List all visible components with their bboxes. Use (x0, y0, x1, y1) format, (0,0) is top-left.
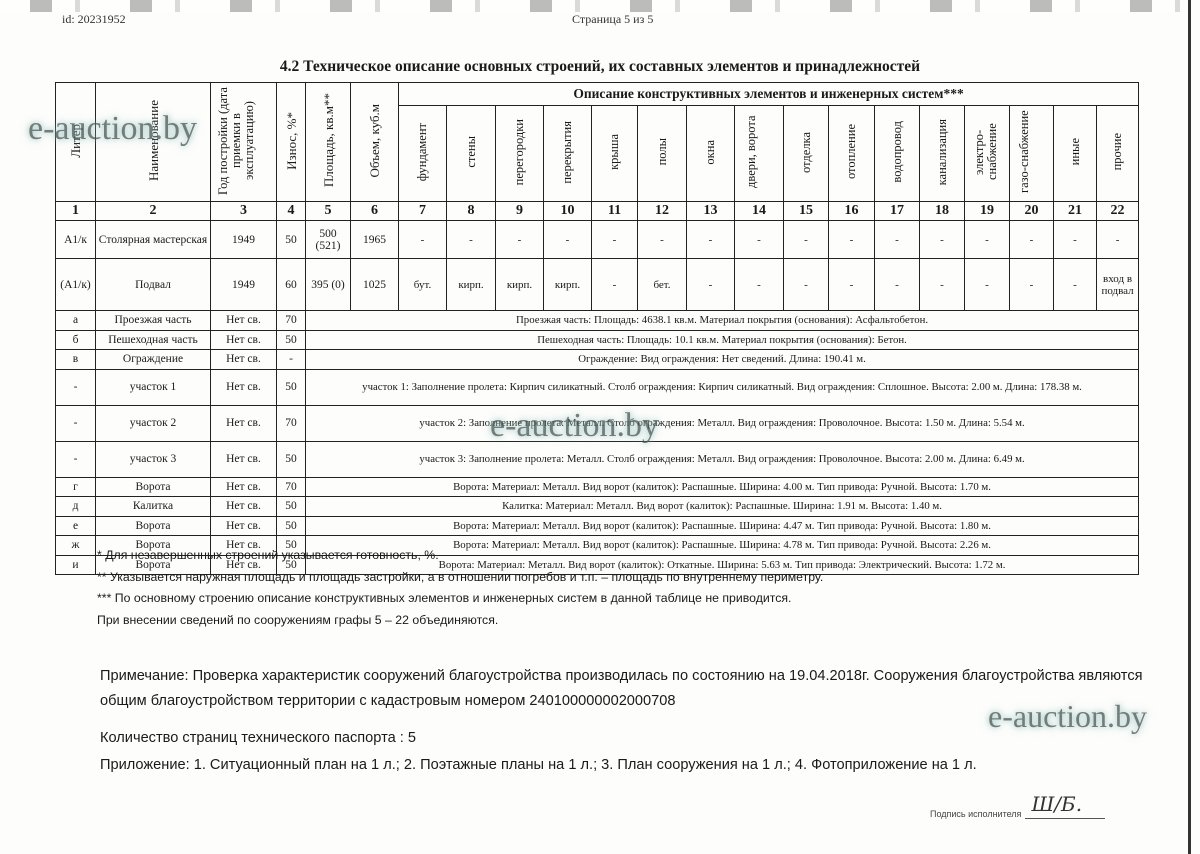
watermark: e-auction.by (490, 407, 659, 445)
cell-name: Пешеходная часть (96, 330, 211, 350)
cell-description: Ворота: Материал: Металл. Вид ворот (кал… (306, 516, 1139, 536)
cell-name: Калитка (96, 497, 211, 517)
cell-element: - (829, 221, 875, 259)
cell-description: участок 2: Заполнение пролета: Металл. С… (306, 405, 1139, 441)
signature-mark: Ш/Б. (1031, 792, 1082, 816)
header-element: полы (638, 106, 687, 202)
footnotes: * Для незавершенных строений указывается… (97, 545, 823, 631)
footnote: *** По основному строению описание конст… (97, 588, 823, 610)
cell-year: Нет св. (211, 516, 277, 536)
column-number: 4 (277, 202, 306, 221)
cell-element: кирп. (496, 259, 544, 311)
cell-volume: 1025 (351, 259, 399, 311)
cell-name: Ограждение (96, 350, 211, 370)
column-number: 14 (735, 202, 784, 221)
table-row: А1/кСтолярная мастерская194950500 (521)1… (56, 221, 1139, 259)
footnote: * Для незавершенных строений указывается… (97, 545, 823, 567)
cell-element: - (592, 221, 638, 259)
header-wear: Износ, %* (277, 83, 306, 202)
document-id: id: 20231952 (62, 12, 126, 27)
column-number: 2 (96, 202, 211, 221)
watermark: e-auction.by (28, 110, 197, 148)
cell-year: Нет св. (211, 311, 277, 331)
cell-element: - (784, 259, 829, 311)
table-row: -участок 1Нет св.50участок 1: Заполнение… (56, 369, 1139, 405)
header-element: перекрытия (544, 106, 592, 202)
cell-element: - (1010, 259, 1054, 311)
cell-name: Ворота (96, 477, 211, 497)
cell-description: участок 1: Заполнение пролета: Кирпич си… (306, 369, 1139, 405)
cell-liter: е (56, 516, 96, 536)
cell-element: - (1010, 221, 1054, 259)
column-number: 20 (1010, 202, 1054, 221)
cell-year: 1949 (211, 221, 277, 259)
cell-wear: 50 (277, 497, 306, 517)
scan-edge (1188, 0, 1191, 854)
header-elements-group: Описание конструктивных элементов и инже… (399, 83, 1139, 106)
header-element: отделка (784, 106, 829, 202)
cell-element: - (784, 221, 829, 259)
scan-artifact-strip (0, 0, 1180, 12)
cell-element: - (687, 221, 735, 259)
cell-description: Проезжая часть: Площадь: 4638.1 кв.м. Ма… (306, 311, 1139, 331)
cell-liter: - (56, 441, 96, 477)
page-label: Страница 5 из 5 (572, 12, 653, 27)
column-number: 7 (399, 202, 447, 221)
cell-year: Нет св. (211, 369, 277, 405)
cell-element: кирп. (544, 259, 592, 311)
cell-liter: б (56, 330, 96, 350)
cell-liter: (А1/к) (56, 259, 96, 311)
cell-element: - (638, 221, 687, 259)
table-row: еВоротаНет св.50Ворота: Материал: Металл… (56, 516, 1139, 536)
cell-wear: 70 (277, 405, 306, 441)
cell-liter: г (56, 477, 96, 497)
technical-description-table: Литер Наименование Год постройки (дата п… (55, 82, 1139, 575)
cell-name: участок 2 (96, 405, 211, 441)
column-number: 1 (56, 202, 96, 221)
header-year: Год постройки (дата приемки в эксплуатац… (211, 83, 277, 202)
table-row: дКалиткаНет св.50Калитка: Материал: Мета… (56, 497, 1139, 517)
header-element: крыша (592, 106, 638, 202)
cell-liter: А1/к (56, 221, 96, 259)
cell-area: 500 (521) (306, 221, 351, 259)
cell-element: - (875, 221, 920, 259)
column-number: 10 (544, 202, 592, 221)
table-row: -участок 3Нет св.50участок 3: Заполнение… (56, 441, 1139, 477)
cell-element: - (735, 221, 784, 259)
cell-element: кирп. (447, 259, 496, 311)
cell-description: Пешеходная часть: Площадь: 10.1 кв.м. Ма… (306, 330, 1139, 350)
signature-line: Ш/Б. (1025, 806, 1105, 819)
cell-element: - (496, 221, 544, 259)
watermark: e-auction.by (988, 698, 1147, 735)
cell-year: Нет св. (211, 477, 277, 497)
cell-wear: - (277, 350, 306, 370)
column-number: 22 (1097, 202, 1139, 221)
header-area: Площадь, кв.м** (306, 83, 351, 202)
cell-year: Нет св. (211, 330, 277, 350)
cell-liter: в (56, 350, 96, 370)
cell-year: Нет св. (211, 497, 277, 517)
header-element: водопровод (875, 106, 920, 202)
pages-count: Количество страниц технического паспорта… (100, 730, 416, 746)
column-number: 15 (784, 202, 829, 221)
cell-volume: 1965 (351, 221, 399, 259)
column-number: 3 (211, 202, 277, 221)
table-row: вОграждениеНет св.-Ограждение: Вид ограж… (56, 350, 1139, 370)
cell-element: - (920, 259, 965, 311)
header-element: стены (447, 106, 496, 202)
column-number: 19 (965, 202, 1010, 221)
header-element: электро-снабжение (965, 106, 1010, 202)
cell-liter: - (56, 369, 96, 405)
header-element: прочие (1097, 106, 1139, 202)
section-title: 4.2 Техническое описание основных строен… (0, 58, 1200, 76)
column-number: 9 (496, 202, 544, 221)
header-element: канализация (920, 106, 965, 202)
cell-element: - (592, 259, 638, 311)
cell-element: - (829, 259, 875, 311)
cell-year: 1949 (211, 259, 277, 311)
footnote: При внесении сведений по сооружениям гра… (97, 610, 823, 632)
cell-element: - (1054, 259, 1097, 311)
column-number: 13 (687, 202, 735, 221)
cell-wear: 60 (277, 259, 306, 311)
table-row: гВоротаНет св.70Ворота: Материал: Металл… (56, 477, 1139, 497)
cell-wear: 50 (277, 516, 306, 536)
cell-element: вход в подвал (1097, 259, 1139, 311)
column-number: 21 (1054, 202, 1097, 221)
column-number: 12 (638, 202, 687, 221)
signature-label: Подпись исполнителя (930, 809, 1021, 819)
table-row: бПешеходная частьНет св.50Пешеходная час… (56, 330, 1139, 350)
cell-name: Столярная мастерская (96, 221, 211, 259)
footnote: ** Указывается наружная площадь и площад… (97, 567, 823, 589)
cell-wear: 50 (277, 221, 306, 259)
cell-liter: - (56, 405, 96, 441)
cell-liter: ж (56, 536, 96, 556)
cell-wear: 50 (277, 369, 306, 405)
cell-year: Нет св. (211, 441, 277, 477)
header-element: иные (1054, 106, 1097, 202)
cell-liter: и (56, 555, 96, 575)
cell-wear: 70 (277, 311, 306, 331)
cell-wear: 50 (277, 441, 306, 477)
cell-wear: 50 (277, 330, 306, 350)
column-number: 18 (920, 202, 965, 221)
cell-description: Ворота: Материал: Металл. Вид ворот (кал… (306, 477, 1139, 497)
cell-name: участок 1 (96, 369, 211, 405)
column-number: 6 (351, 202, 399, 221)
cell-element: - (447, 221, 496, 259)
cell-element: - (965, 221, 1010, 259)
cell-description: участок 3: Заполнение пролета: Металл. С… (306, 441, 1139, 477)
cell-element: - (1097, 221, 1139, 259)
column-number: 5 (306, 202, 351, 221)
cell-name: Подвал (96, 259, 211, 311)
cell-element: - (735, 259, 784, 311)
column-number: 17 (875, 202, 920, 221)
cell-wear: 70 (277, 477, 306, 497)
header-element: газо-снабжение (1010, 106, 1054, 202)
cell-element: - (920, 221, 965, 259)
column-number: 11 (592, 202, 638, 221)
cell-name: Проезжая часть (96, 311, 211, 331)
table-row: (А1/к)Подвал194960395 (0)1025бут.кирп.ки… (56, 259, 1139, 311)
cell-element: - (399, 221, 447, 259)
cell-name: Ворота (96, 516, 211, 536)
header-element: отопление (829, 106, 875, 202)
table-row: аПроезжая частьНет св.70Проезжая часть: … (56, 311, 1139, 331)
header-element: перегородки (496, 106, 544, 202)
signature-block: Подпись исполнителяШ/Б. (930, 806, 1105, 819)
cell-liter: д (56, 497, 96, 517)
appendix: Приложение: 1. Ситуационный план на 1 л.… (100, 757, 977, 773)
column-number: 16 (829, 202, 875, 221)
column-number: 8 (447, 202, 496, 221)
cell-element: - (965, 259, 1010, 311)
cell-area: 395 (0) (306, 259, 351, 311)
header-volume: Объем, куб.м (351, 83, 399, 202)
cell-element: - (687, 259, 735, 311)
cell-description: Калитка: Материал: Металл. Вид ворот (ка… (306, 497, 1139, 517)
cell-element: - (1054, 221, 1097, 259)
cell-element: бут. (399, 259, 447, 311)
header-element: двери, ворота (735, 106, 784, 202)
cell-element: - (544, 221, 592, 259)
cell-year: Нет св. (211, 405, 277, 441)
cell-year: Нет св. (211, 350, 277, 370)
cell-element: бет. (638, 259, 687, 311)
cell-name: участок 3 (96, 441, 211, 477)
cell-description: Ограждение: Вид ограждения: Нет сведений… (306, 350, 1139, 370)
header-element: окна (687, 106, 735, 202)
cell-element: - (875, 259, 920, 311)
cell-liter: а (56, 311, 96, 331)
header-element: фундамент (399, 106, 447, 202)
